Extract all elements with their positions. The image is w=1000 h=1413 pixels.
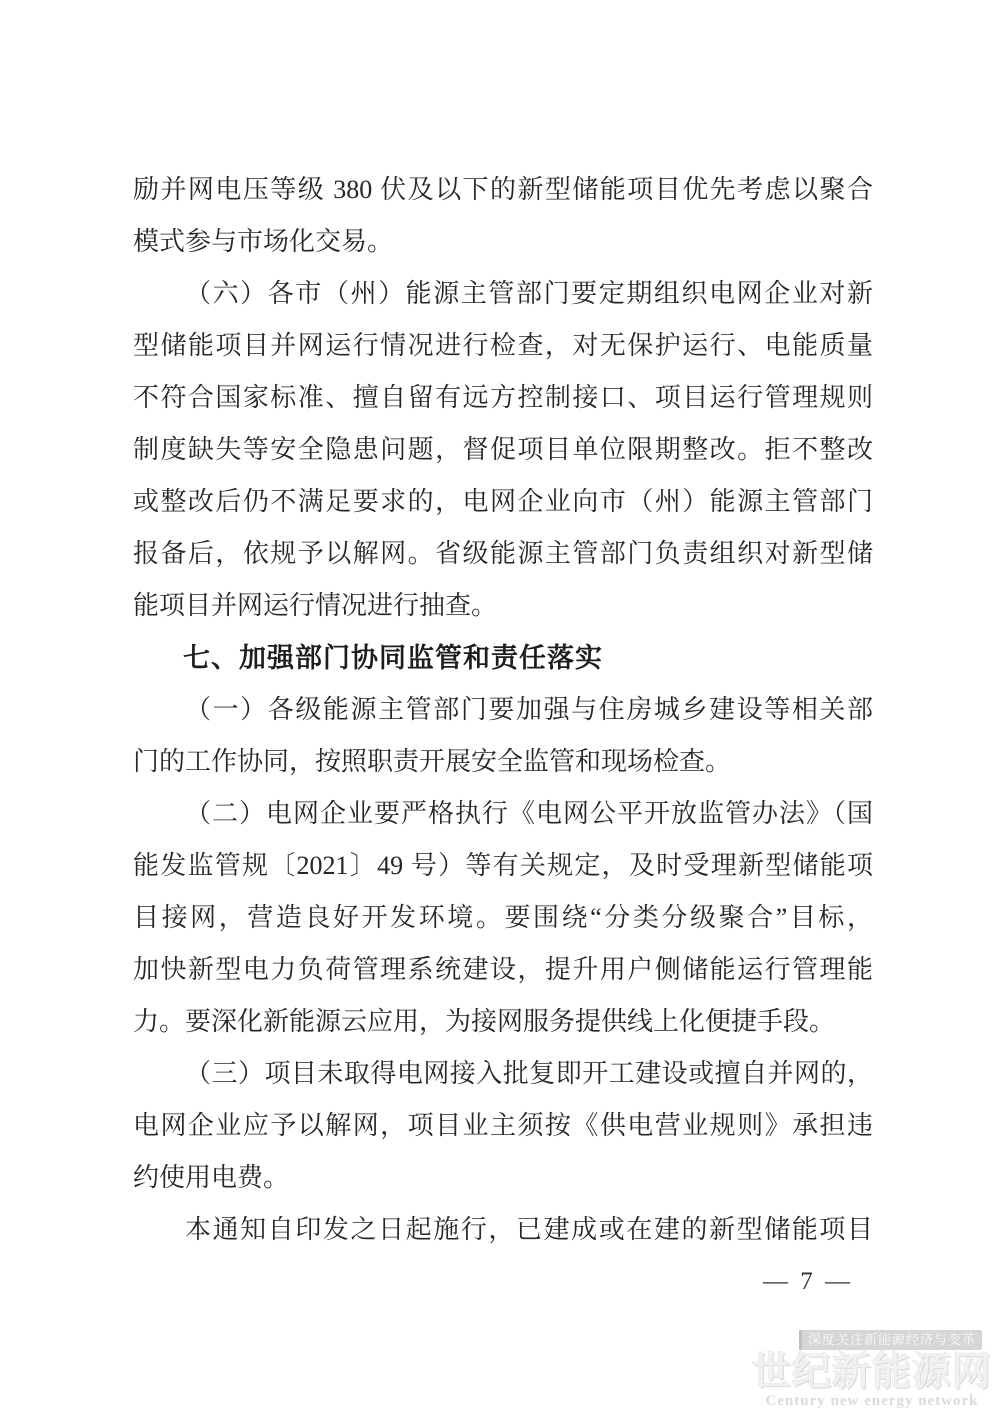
text-line: 制度缺失等安全隐患问题，督促项目单位限期整改。拒不整改	[133, 424, 873, 476]
watermark-tagline-row: 深度关注新能源经济与变革	[750, 1330, 994, 1350]
text-line: 加快新型电力负荷管理系统建设，提升用户侧储能运行管理能	[133, 944, 873, 996]
text-line: （六）各市（州）能源主管部门要定期组织电网企业对新	[133, 268, 873, 320]
text-line: 力。要深化新能源云应用，为接网服务提供线上化便捷手段。	[133, 996, 873, 1048]
text-line: 门的工作协同，按照职责开展安全监管和现场检查。	[133, 736, 873, 788]
text-line: （二）电网企业要严格执行《电网公平开放监管办法》（国	[133, 788, 873, 840]
text-line: （三）项目未取得电网接入批复即开工建设或擅自并网的，	[133, 1048, 873, 1100]
site-watermark: 深度关注新能源经济与变革 世纪新能源网 Century new energy n…	[750, 1330, 994, 1409]
text-line: 型储能项目并网运行情况进行检查，对无保护运行、电能质量	[133, 320, 873, 372]
page-number: — 7 —	[133, 1256, 873, 1308]
text-line: 本通知自印发之日起施行，已建成或在建的新型储能项目	[133, 1204, 873, 1256]
document-page: 励并网电压等级 380 伏及以下的新型储能项目优先考虑以聚合 模式参与市场化交易…	[0, 0, 1000, 1413]
text-line: 能发监管规〔2021〕49 号）等有关规定，及时受理新型储能项	[133, 840, 873, 892]
text-line: 励并网电压等级 380 伏及以下的新型储能项目优先考虑以聚合	[133, 164, 873, 216]
watermark-logo-subtitle: Century new energy network	[750, 1393, 994, 1409]
watermark-tagline: 深度关注新能源经济与变革	[799, 1330, 982, 1350]
text-line: 模式参与市场化交易。	[133, 216, 873, 268]
text-line: 电网企业应予以解网，项目业主须按《供电营业规则》承担违	[133, 1100, 873, 1152]
text-line: 报备后，依规予以解网。省级能源主管部门负责组织对新型储	[133, 528, 873, 580]
watermark-logo-text: 世纪新能源网	[750, 1353, 994, 1393]
document-body: 励并网电压等级 380 伏及以下的新型储能项目优先考虑以聚合 模式参与市场化交易…	[133, 164, 873, 1308]
text-line: 目接网，营造良好开发环境。要围绕“分类分级聚合”目标，	[133, 892, 873, 944]
text-line: 或整改后仍不满足要求的，电网企业向市（州）能源主管部门	[133, 476, 873, 528]
text-line: （一）各级能源主管部门要加强与住房城乡建设等相关部	[133, 684, 873, 736]
section-heading: 七、加强部门协同监管和责任落实	[133, 632, 873, 684]
text-line: 能项目并网运行情况进行抽查。	[133, 580, 873, 632]
text-line: 不符合国家标准、擅自留有远方控制接口、项目运行管理规则	[133, 372, 873, 424]
text-line: 约使用电费。	[133, 1152, 873, 1204]
